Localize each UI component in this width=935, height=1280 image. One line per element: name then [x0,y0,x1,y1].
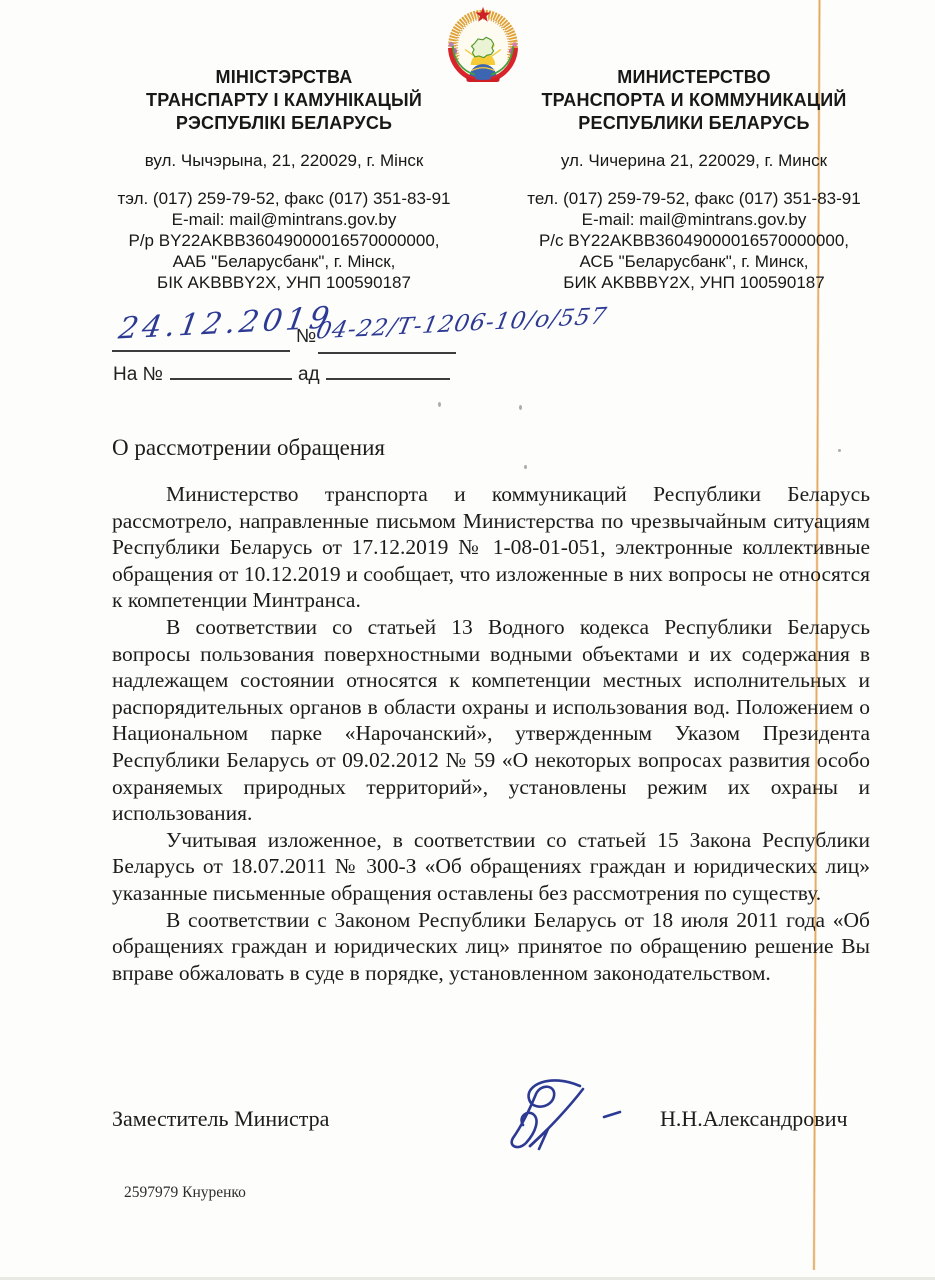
ministry-address: вул. Чычэрына, 21, 220029, г. Мінск [88,150,480,171]
letterhead-belarusian-column: МІНІСТЭРСТВА ТРАНСПАРТУ І КАМУНІКАЦЫЙ РЭ… [88,66,480,293]
signer-name: Н.Н.Александрович [660,1106,848,1132]
letterhead-russian-column: МИНИСТЕРСТВО ТРАНСПОРТА И КОММУНИКАЦИЙ Р… [498,66,890,293]
signer-position-title: Заместитель Министра [112,1106,329,1132]
ministry-contact-block: тэл. (017) 259-79-52, факс (017) 351-83-… [88,188,480,293]
number-underline [318,352,456,354]
bank-name-line: АСБ "Беларусбанк", г. Минск, [498,251,890,272]
body-paragraph: Учитывая изложенное, в соответствии со с… [112,827,870,907]
scanned-letter-page: МІНІСТЭРСТВА ТРАНСПАРТУ І КАМУНІКАЦЫЙ РЭ… [0,0,935,1280]
executor-phone-and-name: 2597979 Кнуренко [124,1184,246,1202]
scan-speck [838,449,841,452]
bank-codes-line: БИК AKBBBY2X, УНП 100590187 [498,272,890,293]
body-paragraph: Министерство транспорта и коммуникаций Р… [112,481,870,614]
handwritten-signature-icon [492,1072,657,1154]
phone-fax-line: тэл. (017) 259-79-52, факс (017) 351-83-… [88,188,480,209]
reply-reference-row: На №ад [113,361,450,386]
scan-speck [438,402,441,407]
ministry-name-line: МИНИСТЕРСТВО [498,66,890,89]
email-line: E-mail: mail@mintrans.gov.by [88,209,480,230]
handwritten-document-number: 04-22/Т-1206-10/о/557 [314,304,609,345]
ministry-name-line: ТРАНСПАРТУ І КАМУНІКАЦЫЙ [88,89,480,112]
reply-from-label: ад [298,364,320,385]
bank-account-line: Р/р BY22AKBB36049000016570000000, [88,230,480,251]
ministry-address: ул. Чичерина 21, 220029, г. Минск [498,150,890,171]
date-underline [112,350,290,352]
ministry-name-line: РЭСПУБЛІКІ БЕЛАРУСЬ [88,112,480,135]
reply-to-label: На № [113,364,163,385]
ministry-name-line: ТРАНСПОРТА И КОММУНИКАЦИЙ [498,89,890,112]
reply-date-blank [326,361,450,380]
document-number-label: № [296,326,316,348]
bank-name-line: ААБ "Беларусбанк", г. Мінск, [88,251,480,272]
email-line: E-mail: mail@mintrans.gov.by [498,209,890,230]
letter-body: Министерство транспорта и коммуникаций Р… [112,481,870,986]
ministry-name-line: МІНІСТЭРСТВА [88,66,480,89]
scan-speck [519,405,522,410]
phone-fax-line: тел. (017) 259-79-52, факс (017) 351-83-… [498,188,890,209]
reply-number-blank [170,361,292,380]
body-paragraph: В соответствии со статьей 13 Водного код… [112,614,870,827]
ministry-contact-block: тел. (017) 259-79-52, факс (017) 351-83-… [498,188,890,293]
scan-speck [524,465,527,469]
ministry-name-line: РЕСПУБЛИКИ БЕЛАРУСЬ [498,112,890,135]
body-paragraph: В соответствии с Законом Республики Бела… [112,907,870,987]
bank-codes-line: БІК AKBBBY2X, УНП 100590187 [88,272,480,293]
letter-subject: О рассмотрении обращения [112,435,385,461]
bank-account-line: Р/с BY22AKBB36049000016570000000, [498,230,890,251]
